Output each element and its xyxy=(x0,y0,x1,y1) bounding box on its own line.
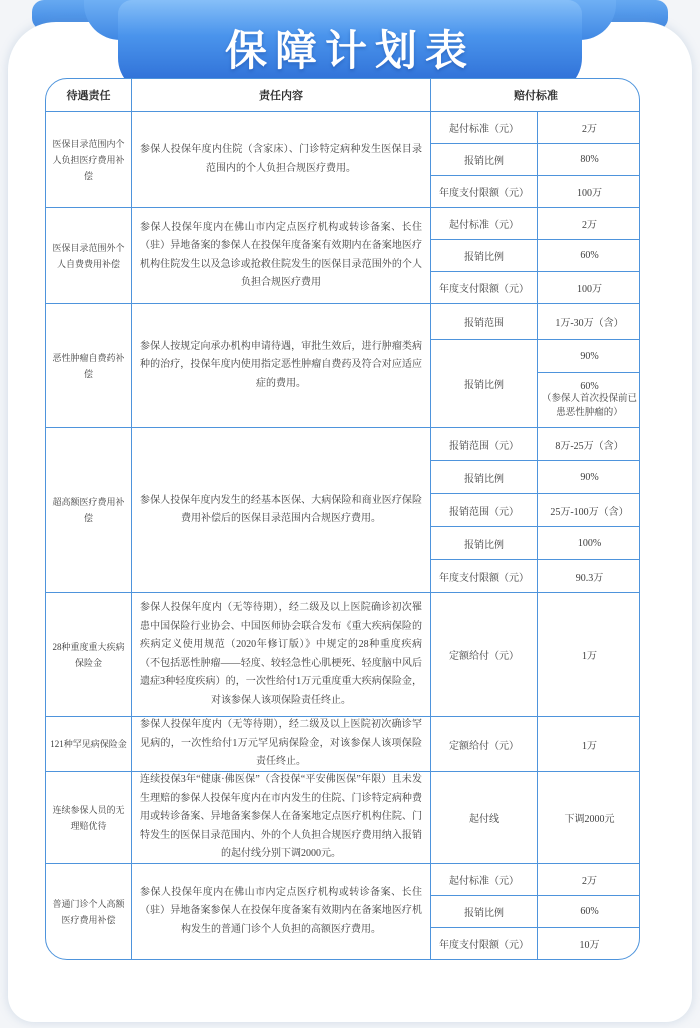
header-benefit: 待遇责任 xyxy=(46,79,131,111)
standards-cell: 起付线 下调2000元 xyxy=(430,772,640,863)
page-title: 保障计划表 xyxy=(225,16,475,78)
standard-value: 下调2000元 xyxy=(537,772,640,863)
standard-item: 报销比例 60% xyxy=(431,895,640,927)
standard-value: 8万-25万（含） xyxy=(537,428,640,460)
standard-value: 90.3万 xyxy=(537,560,640,592)
benefit-cell: 医保目录范围外个人自费费用补偿 xyxy=(46,208,131,303)
standard-value-main: 60% xyxy=(580,381,598,392)
table-row: 121种罕见病保险金 参保人投保年度内（无等待期），经二级及以上医院初次确诊罕见… xyxy=(46,716,639,771)
page: 保障计划表 待遇责任 责任内容 赔付标准 医保目录范围内个人负担医疗费用补偿 参… xyxy=(0,0,700,1028)
standard-item: 报销比例 90% 60% （参保人首次投保前已患恶性肿瘤的） xyxy=(431,339,640,427)
standard-value: 100% xyxy=(537,527,640,559)
benefit-cell: 恶性肿瘤自费药补偿 xyxy=(46,304,131,427)
standard-label: 年度支付限额（元） xyxy=(431,928,537,959)
standard-item: 报销范围（元） 8万-25万（含） xyxy=(431,428,640,460)
table-header-row: 待遇责任 责任内容 赔付标准 xyxy=(46,79,639,111)
standard-item: 年度支付限额（元） 100万 xyxy=(431,271,640,303)
standard-label: 报销比例 xyxy=(431,240,537,271)
standard-item: 定额给付（元） 1万 xyxy=(431,593,640,716)
standard-value: 1万 xyxy=(537,717,640,771)
standard-label: 定额给付（元） xyxy=(431,593,537,716)
standard-label: 报销比例 xyxy=(431,527,537,559)
standard-label: 报销比例 xyxy=(431,144,537,175)
content-cell: 参保人投保年度内在佛山市内定点医疗机构或转诊备案、长住（驻）异地备案的参保人在投… xyxy=(131,208,430,303)
standards-cell: 定额给付（元） 1万 xyxy=(430,717,640,771)
content-cell: 参保人按规定向承办机构申请待遇，审批生效后，进行肿瘤类病种的治疗，投保年度内使用… xyxy=(131,304,430,427)
standard-value: 2万 xyxy=(537,208,640,239)
standard-label: 起付标准（元） xyxy=(431,864,537,895)
standard-value: 80% xyxy=(537,144,640,175)
benefit-cell: 28种重度重大疾病保险金 xyxy=(46,593,131,716)
standard-value: 90% xyxy=(538,340,640,372)
standard-value: 25万-100万（含） xyxy=(537,494,640,526)
standard-value: 1万 xyxy=(537,593,640,716)
standard-label: 年度支付限额（元） xyxy=(431,176,537,207)
standard-item: 报销比例 90% xyxy=(431,460,640,493)
standard-item: 定额给付（元） 1万 xyxy=(431,717,640,771)
table-row: 超高额医疗费用补偿 参保人投保年度内发生的经基本医保、大病保险和商业医疗保险费用… xyxy=(46,427,639,592)
content-cell: 参保人投保年度内在佛山市内定点医疗机构或转诊备案、长住（驻）异地备案参保人在投保… xyxy=(131,864,430,959)
benefit-cell: 普通门诊个人高额医疗费用补偿 xyxy=(46,864,131,959)
standard-value: 60% xyxy=(537,240,640,271)
standard-item: 报销比例 80% xyxy=(431,143,640,175)
benefit-cell: 医保目录范围内个人负担医疗费用补偿 xyxy=(46,112,131,207)
standards-cell: 起付标准（元） 2万 报销比例 80% 年度支付限额（元） 100万 xyxy=(430,112,640,207)
standard-label: 报销范围 xyxy=(431,304,537,339)
standard-label: 年度支付限额（元） xyxy=(431,272,537,303)
table-row: 恶性肿瘤自费药补偿 参保人按规定向承办机构申请待遇，审批生效后，进行肿瘤类病种的… xyxy=(46,303,639,427)
standard-value: 100万 xyxy=(537,176,640,207)
table-row: 医保目录范围内个人负担医疗费用补偿 参保人投保年度内住院（含家床）、门诊特定病种… xyxy=(46,111,639,207)
standard-value: 10万 xyxy=(537,928,640,959)
standard-value: 100万 xyxy=(537,272,640,303)
standards-cell: 报销范围 1万-30万（含） 报销比例 90% 60% （参保人首次投保前已患恶… xyxy=(430,304,640,427)
table-row: 连续参保人员的无理赔优待 连续投保3年“健康·佛医保”（含投保“平安佛医保”年限… xyxy=(46,771,639,863)
standard-item: 报销比例 60% xyxy=(431,239,640,271)
standard-value-stack: 90% 60% （参保人首次投保前已患恶性肿瘤的） xyxy=(537,340,640,427)
standard-value: 1万-30万（含） xyxy=(537,304,640,339)
content-cell: 连续投保3年“健康·佛医保”（含投保“平安佛医保”年限）且未发生理赔的参保人投保… xyxy=(131,772,430,863)
standards-cell: 报销范围（元） 8万-25万（含） 报销比例 90% 报销范围（元） 25万-1… xyxy=(430,428,640,592)
standard-value: 2万 xyxy=(537,864,640,895)
standard-label: 年度支付限额（元） xyxy=(431,560,537,592)
standard-item: 起付标准（元） 2万 xyxy=(431,864,640,895)
standard-item: 年度支付限额（元） 10万 xyxy=(431,927,640,959)
standard-item: 报销范围 1万-30万（含） xyxy=(431,304,640,339)
standard-value-note: （参保人首次投保前已患恶性肿瘤的） xyxy=(541,392,638,420)
standard-item: 报销范围（元） 25万-100万（含） xyxy=(431,493,640,526)
benefit-plan-table: 待遇责任 责任内容 赔付标准 医保目录范围内个人负担医疗费用补偿 参保人投保年度… xyxy=(45,78,640,960)
table-row: 28种重度重大疾病保险金 参保人投保年度内（无等待期），经二级及以上医院确诊初次… xyxy=(46,592,639,716)
standard-label: 报销范围（元） xyxy=(431,428,537,460)
table-row: 医保目录范围外个人自费费用补偿 参保人投保年度内在佛山市内定点医疗机构或转诊备案… xyxy=(46,207,639,303)
standard-item: 起付标准（元） 2万 xyxy=(431,208,640,239)
standards-cell: 起付标准（元） 2万 报销比例 60% 年度支付限额（元） 10万 xyxy=(430,864,640,959)
standard-label: 报销比例 xyxy=(431,896,537,927)
standards-cell: 定额给付（元） 1万 xyxy=(430,593,640,716)
benefit-cell: 121种罕见病保险金 xyxy=(46,717,131,771)
header-standard: 赔付标准 xyxy=(430,79,640,111)
content-cell: 参保人投保年度内发生的经基本医保、大病保险和商业医疗保险费用补偿后的医保目录范围… xyxy=(131,428,430,592)
standard-label: 报销范围（元） xyxy=(431,494,537,526)
content-cell: 参保人投保年度内（无等待期），经二级及以上医院确诊初次罹患中国保险行业协会、中国… xyxy=(131,593,430,716)
standard-value: 60% （参保人首次投保前已患恶性肿瘤的） xyxy=(538,372,640,427)
standard-label: 定额给付（元） xyxy=(431,717,537,771)
standard-label: 起付标准（元） xyxy=(431,208,537,239)
standard-label: 起付线 xyxy=(431,772,537,863)
standard-label: 报销比例 xyxy=(431,340,537,427)
standard-label: 起付标准（元） xyxy=(431,112,537,143)
table-row: 普通门诊个人高额医疗费用补偿 参保人投保年度内在佛山市内定点医疗机构或转诊备案、… xyxy=(46,863,639,959)
benefit-cell: 超高额医疗费用补偿 xyxy=(46,428,131,592)
content-cell: 参保人投保年度内住院（含家床）、门诊特定病种发生医保目录范围内的个人负担合规医疗… xyxy=(131,112,430,207)
standard-item: 年度支付限额（元） 90.3万 xyxy=(431,559,640,592)
header-content: 责任内容 xyxy=(131,79,430,111)
standard-item: 起付标准（元） 2万 xyxy=(431,112,640,143)
standard-item: 起付线 下调2000元 xyxy=(431,772,640,863)
standard-item: 年度支付限额（元） 100万 xyxy=(431,175,640,207)
standard-value: 2万 xyxy=(537,112,640,143)
standard-item: 报销比例 100% xyxy=(431,526,640,559)
content-cell: 参保人投保年度内（无等待期），经二级及以上医院初次确诊罕见病的，一次性给付1万元… xyxy=(131,717,430,771)
benefit-cell: 连续参保人员的无理赔优待 xyxy=(46,772,131,863)
standard-value: 90% xyxy=(537,461,640,493)
standards-cell: 起付标准（元） 2万 报销比例 60% 年度支付限额（元） 100万 xyxy=(430,208,640,303)
standard-value: 60% xyxy=(537,896,640,927)
standard-label: 报销比例 xyxy=(431,461,537,493)
